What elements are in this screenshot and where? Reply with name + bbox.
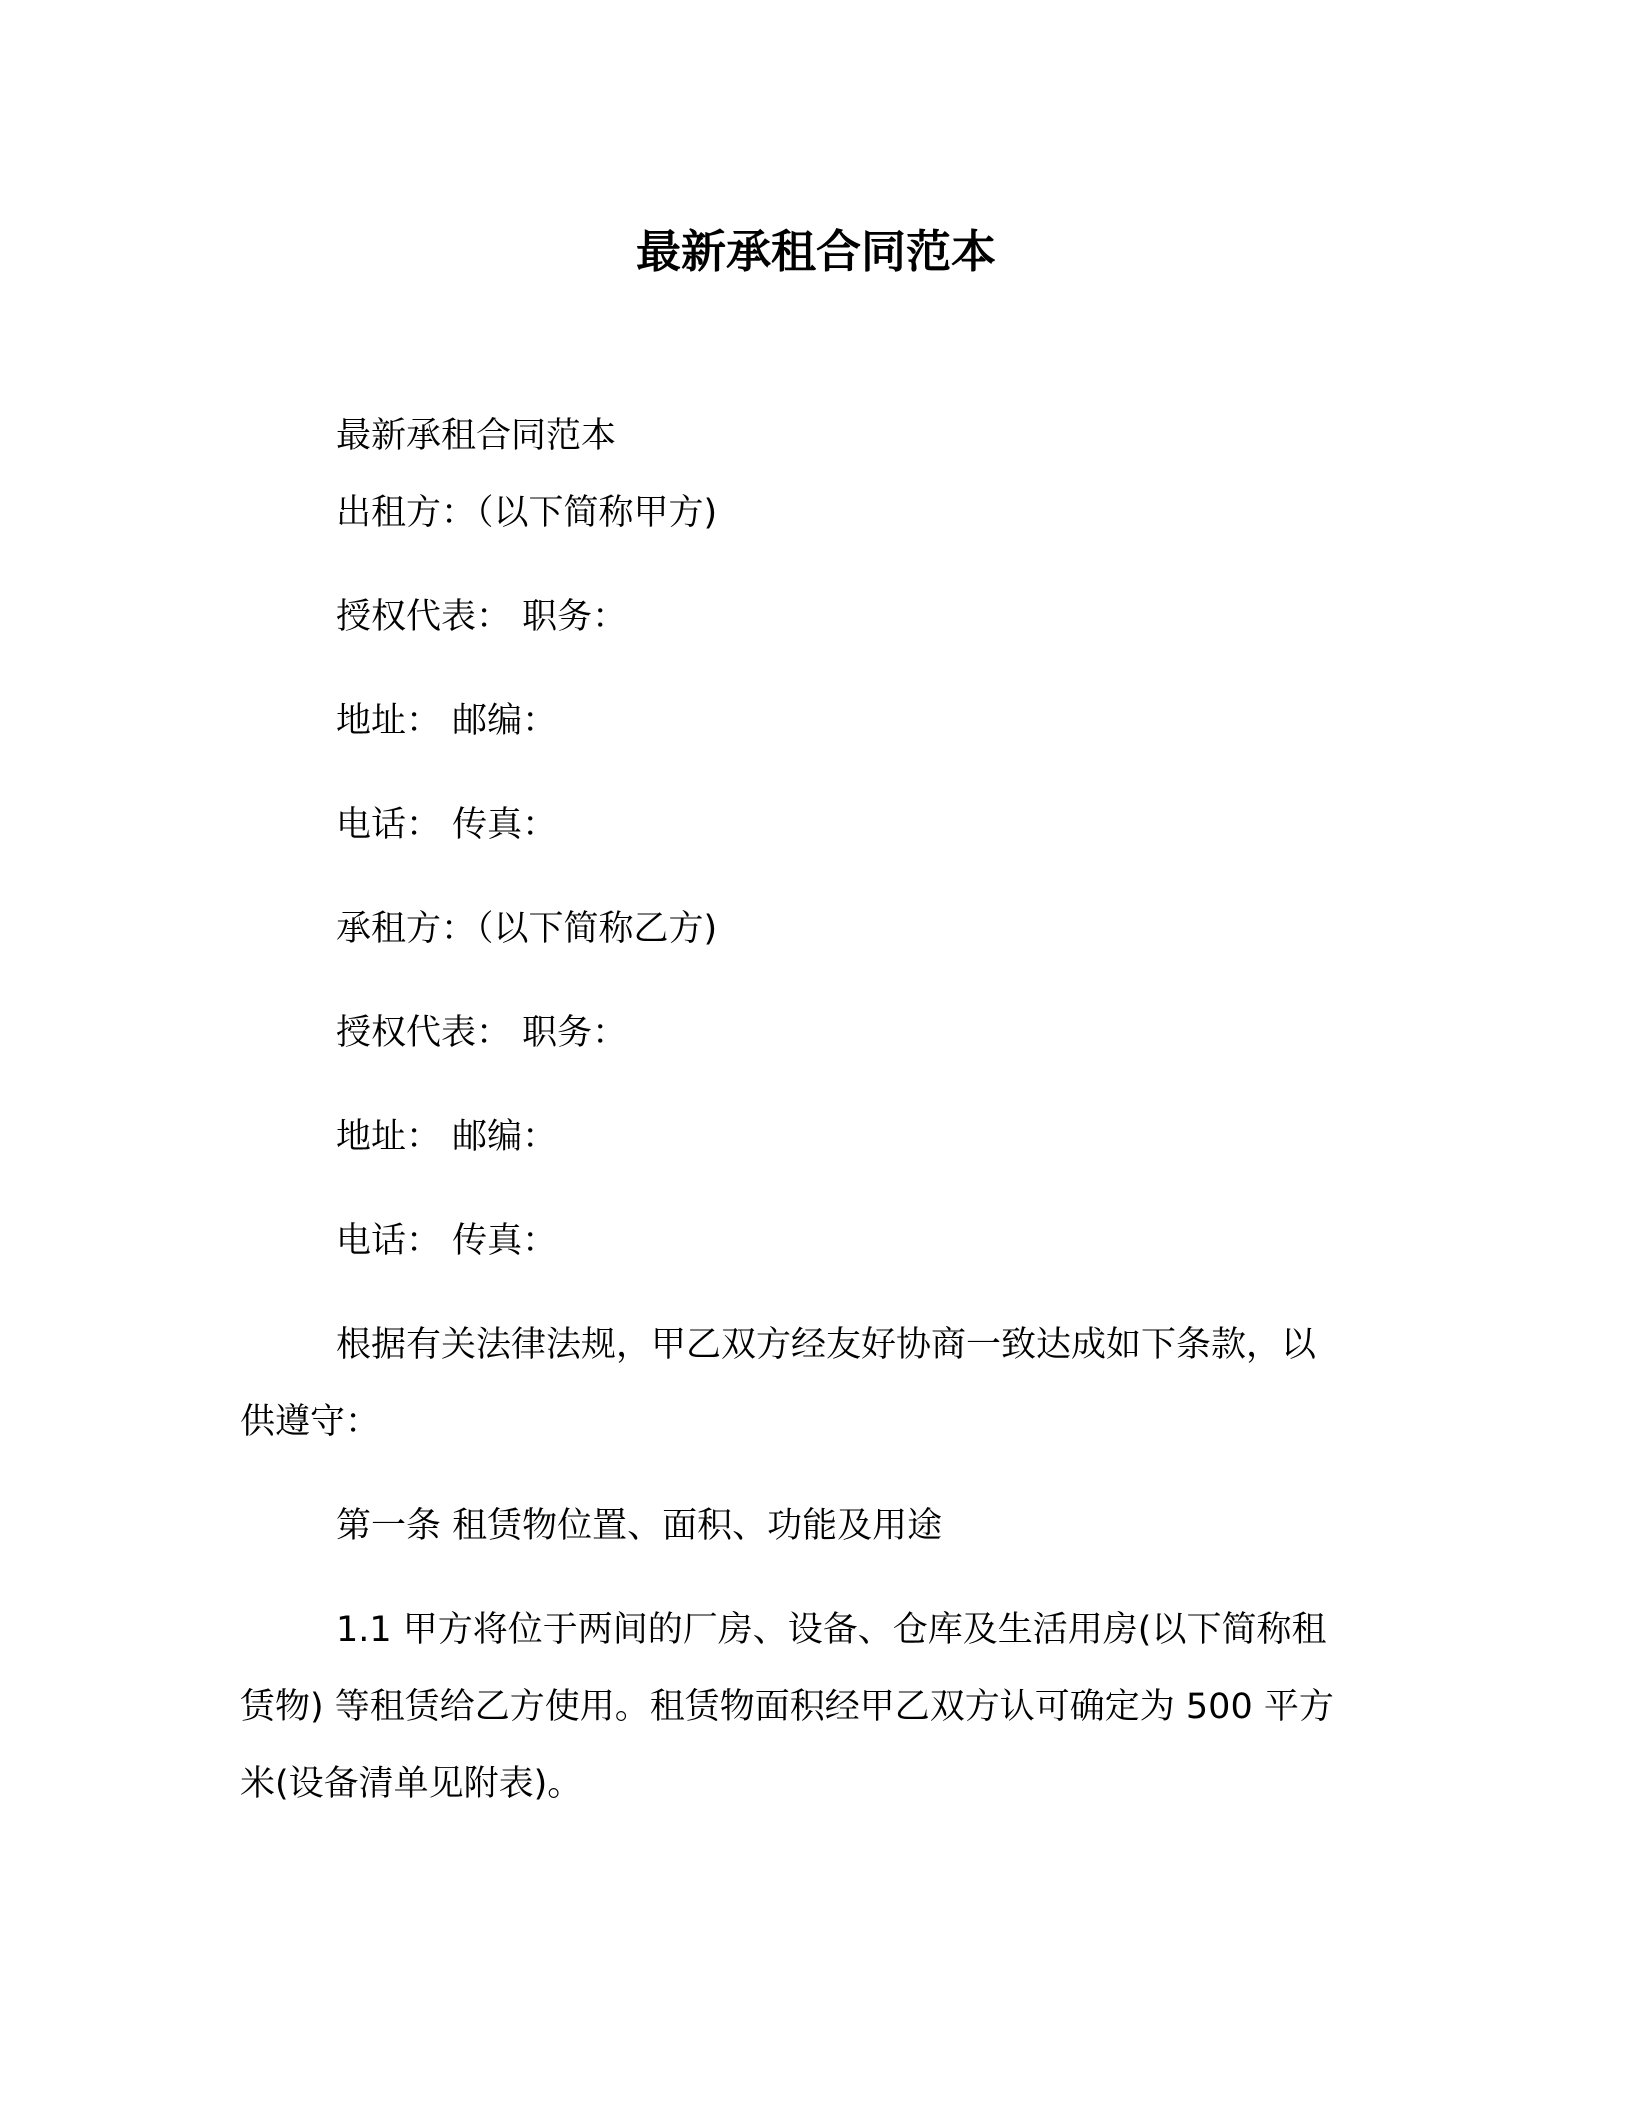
clause-line: 赁物) 等租赁给乙方使用。租赁物面积经甲乙双方认可确定为 500 平方 [240,1669,1385,1746]
lessor-representative-line: 授权代表： 职务： [240,579,1385,656]
lessor-address-line: 地址： 邮编： [240,683,1385,760]
preamble-line: 根据有关法律法规，甲乙双方经友好协商一致达成如下条款，以 [240,1307,1385,1384]
clause-line: 1.1 甲方将位于两间的厂房、设备、仓库及生活用房(以下简称租 [240,1592,1385,1669]
lessee-representative-line: 授权代表： 职务： [240,995,1385,1072]
document-body: 最新承租合同范本 出租方：（以下简称甲方) 授权代表： 职务： 地址： 邮编： … [240,398,1385,1823]
article-1-heading: 第一条 租赁物位置、面积、功能及用途 [240,1488,1385,1565]
clause-line: 米(设备清单见附表)。 [240,1746,1385,1823]
document-title: 最新承租合同范本 [0,222,1632,282]
lessor-phone-line: 电话： 传真： [240,787,1385,864]
document-page: 最新承租合同范本 最新承租合同范本 出租方：（以下简称甲方) 授权代表： 职务：… [0,0,1632,2112]
lessee-party-line: 承租方：（以下简称乙方) [240,891,1385,968]
document-subtitle: 最新承租合同范本 [240,398,1385,475]
preamble-paragraph: 根据有关法律法规，甲乙双方经友好协商一致达成如下条款，以 供遵守： [240,1307,1385,1461]
preamble-line: 供遵守： [240,1384,1385,1461]
lessor-section: 出租方：（以下简称甲方) 授权代表： 职务： 地址： 邮编： 电话： 传真： [240,475,1385,864]
lessee-phone-line: 电话： 传真： [240,1203,1385,1280]
clause-1-1-paragraph: 1.1 甲方将位于两间的厂房、设备、仓库及生活用房(以下简称租 赁物) 等租赁给… [240,1592,1385,1823]
lessee-address-line: 地址： 邮编： [240,1099,1385,1176]
lessee-section: 承租方：（以下简称乙方) 授权代表： 职务： 地址： 邮编： 电话： 传真： [240,891,1385,1280]
lessor-party-line: 出租方：（以下简称甲方) [240,475,1385,552]
